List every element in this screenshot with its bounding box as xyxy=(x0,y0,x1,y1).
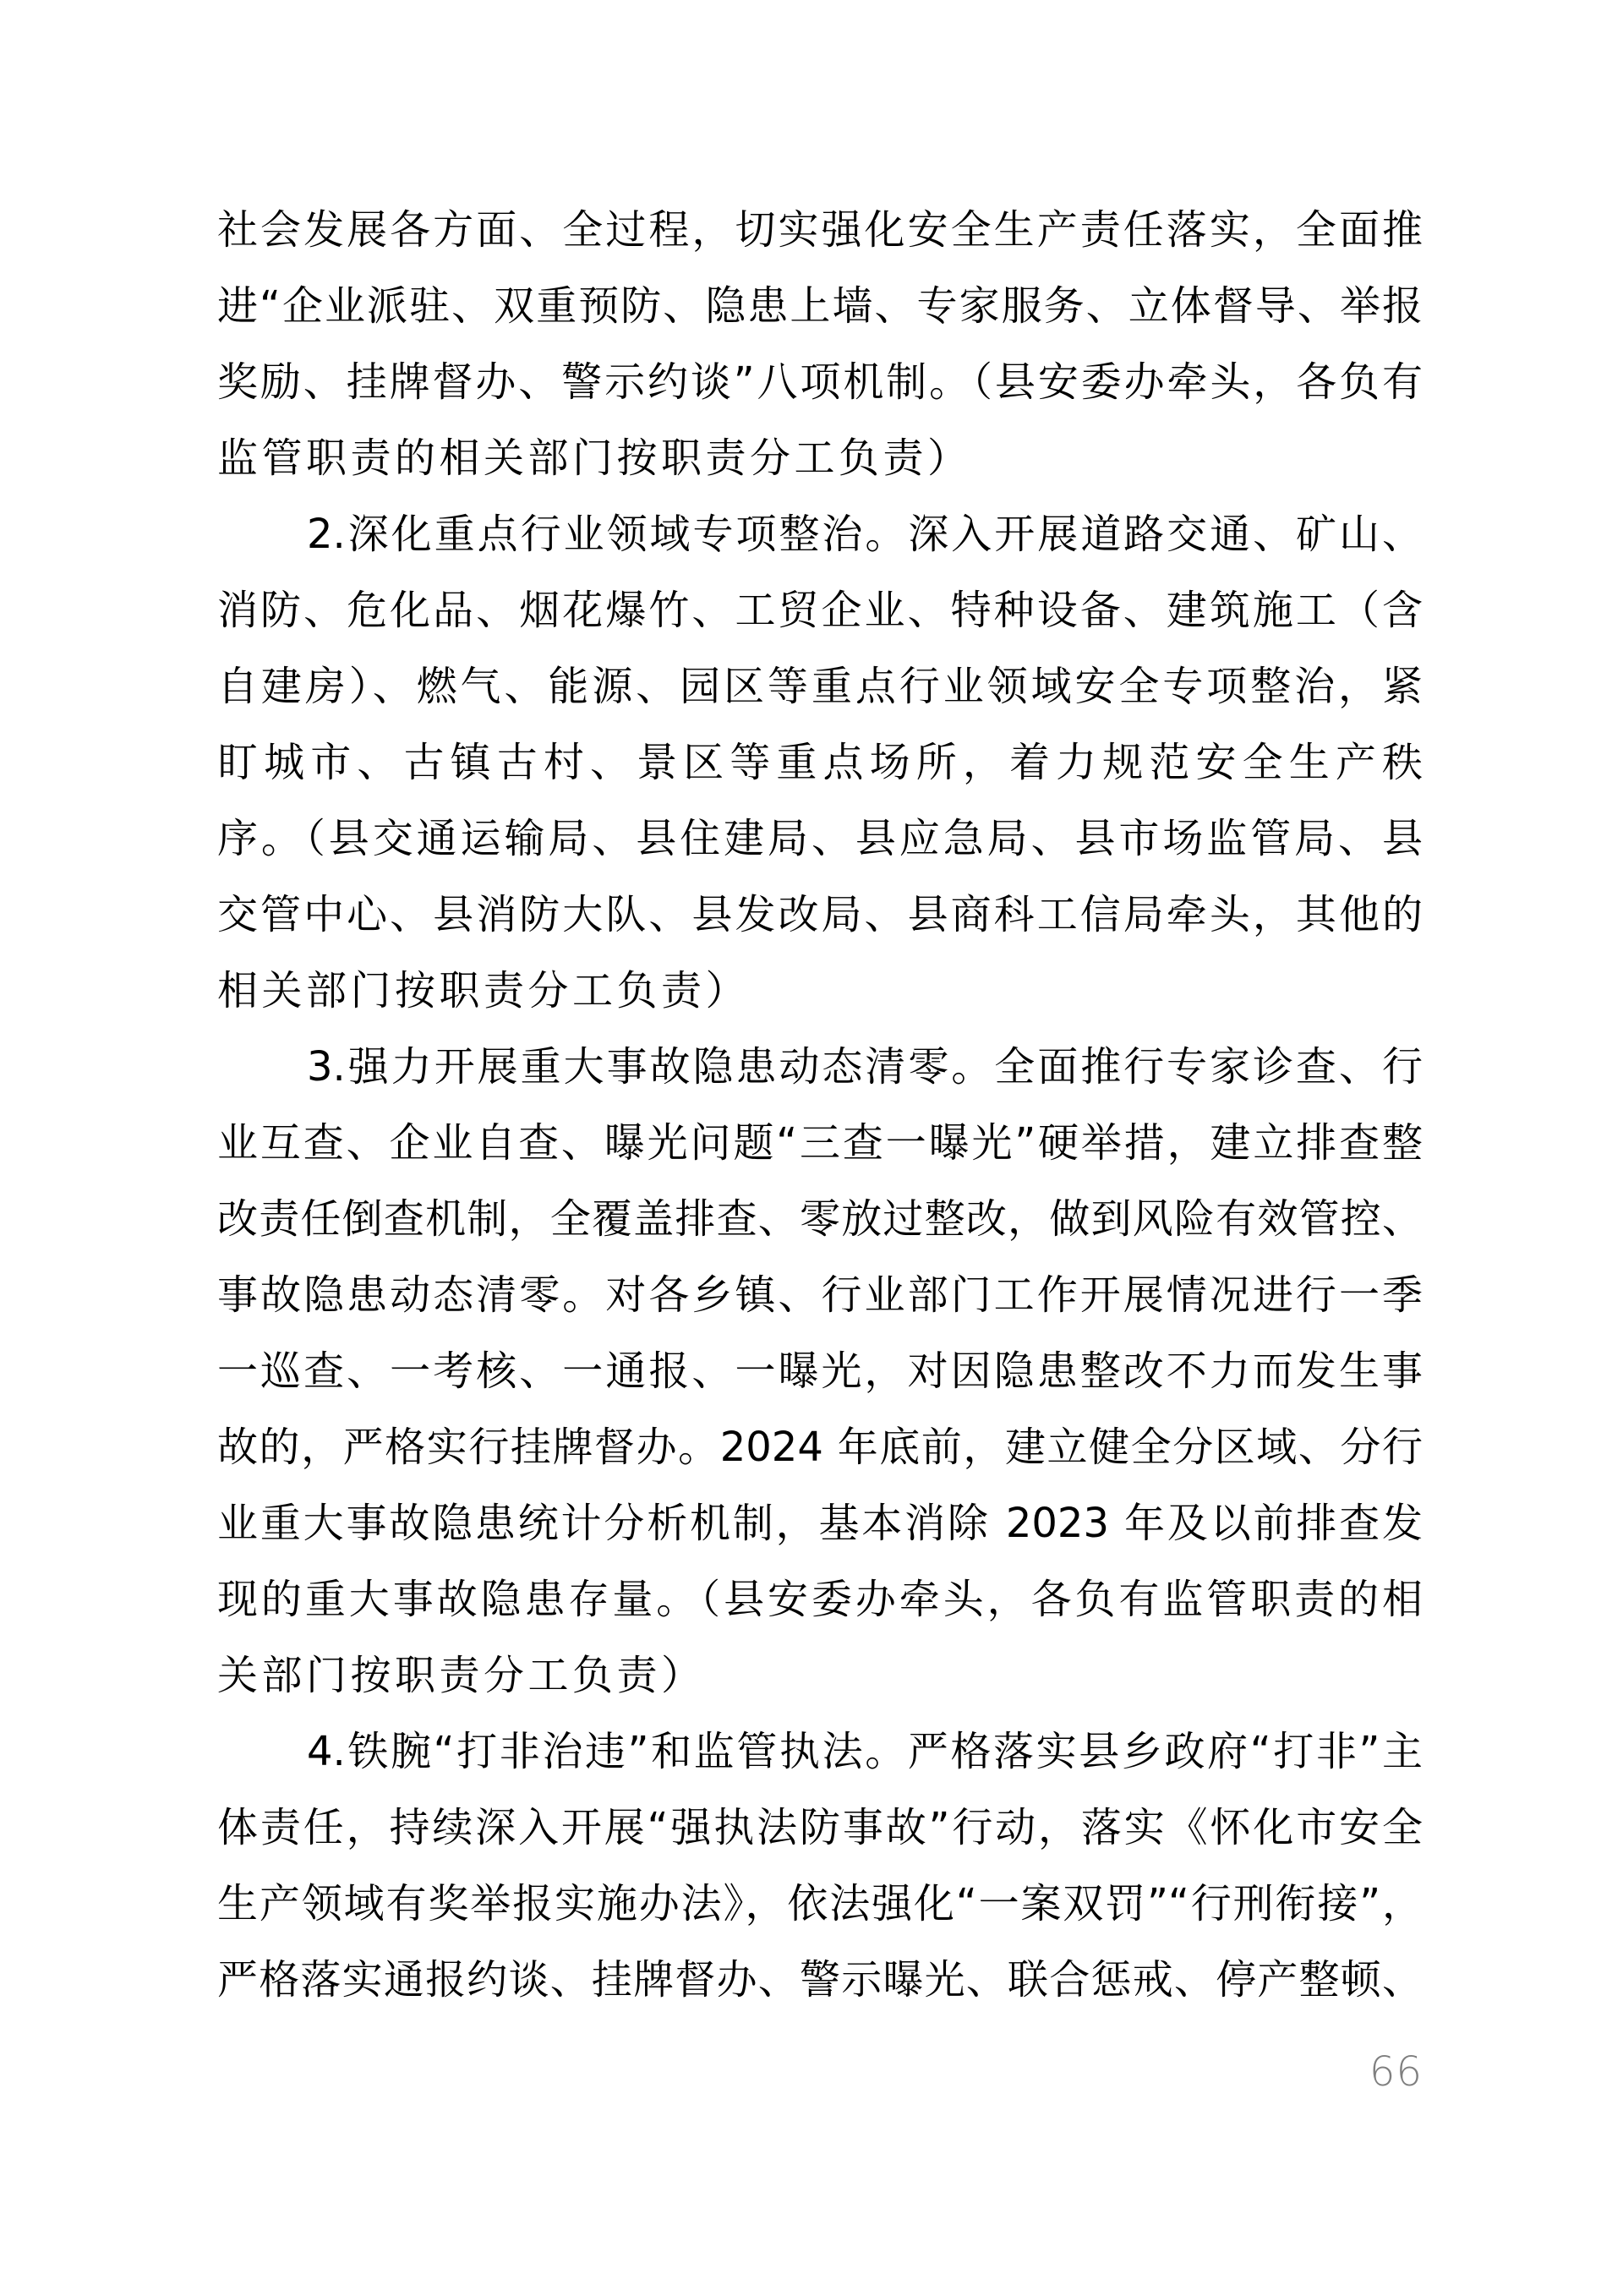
text-line: 交管中心、县消防大队、县发改局、县商科工信局牵头，其他的 xyxy=(217,877,1423,953)
text-line: 盯城市、古镇古村、景区等重点场所，着力规范安全生产秩 xyxy=(217,724,1423,801)
text-line: 现的重大事故隐患存量。（县安委办牵头，各负有监管职责的相 xyxy=(217,1561,1423,1637)
text-line: 事故隐患动态清零。对各乡镇、行业部门工作开展情况进行一季 xyxy=(217,1257,1423,1333)
text-line: 业重大事故隐患统计分析机制，基本消除 2023 年及以前排查发 xyxy=(217,1485,1423,1561)
text-line: 社会发展各方面、全过程，切实强化安全生产责任落实，全面推 xyxy=(217,192,1423,268)
text-line: 一巡查、一考核、一通报、一曝光，对因隐患整改不力而发生事 xyxy=(217,1333,1423,1409)
text-line: 序。（县交通运输局、县住建局、县应急局、县市场监管局、县 xyxy=(217,801,1423,877)
text-line: 自建房）、燃气、能源、园区等重点行业领域安全专项整治，紧 xyxy=(217,648,1423,724)
text-line: 改责任倒查机制，全覆盖排查、零放过整改，做到风险有效管控、 xyxy=(217,1181,1423,1257)
text-line: 奖励、挂牌督办、警示约谈”八项机制。（县安委办牵头，各负有 xyxy=(217,344,1423,420)
text-line: 3.强力开展重大事故隐患动态清零。全面推行专家诊查、行 xyxy=(217,1029,1423,1105)
text-line: 故的，严格实行挂牌督办。2024 年底前，建立健全分区域、分行 xyxy=(217,1409,1423,1485)
document-page: 社会发展各方面、全过程，切实强化安全生产责任落实，全面推进“企业派驻、双重预防、… xyxy=(0,0,1623,2296)
text-line: 业互查、企业自查、曝光问题“三查一曝光”硬举措，建立排查整 xyxy=(217,1105,1423,1181)
document-body: 社会发展各方面、全过程，切实强化安全生产责任落实，全面推进“企业派驻、双重预防、… xyxy=(217,192,1423,2018)
text-line: 2.深化重点行业领域专项整治。深入开展道路交通、矿山、 xyxy=(217,496,1423,572)
text-line: 4.铁腕“打非治违”和监管执法。严格落实县乡政府“打非”主 xyxy=(217,1714,1423,1790)
text-line: 体责任，持续深入开展“强执法防事故”行动，落实《怀化市安全 xyxy=(217,1790,1423,1866)
text-line: 消防、危化品、烟花爆竹、工贸企业、特种设备、建筑施工（含 xyxy=(217,572,1423,648)
text-line: 生产领域有奖举报实施办法》，依法强化“一案双罚”“行刑衔接”， xyxy=(217,1866,1423,1942)
page-number: 66 xyxy=(1369,2048,1423,2096)
text-line: 严格落实通报约谈、挂牌督办、警示曝光、联合惩戒、停产整顿、 xyxy=(217,1942,1423,2018)
text-line: 关部门按职责分工负责） xyxy=(217,1637,1423,1714)
text-line: 监管职责的相关部门按职责分工负责） xyxy=(217,420,1423,496)
text-line: 相关部门按职责分工负责） xyxy=(217,953,1423,1029)
text-line: 进“企业派驻、双重预防、隐患上墙、专家服务、立体督导、举报 xyxy=(217,268,1423,344)
